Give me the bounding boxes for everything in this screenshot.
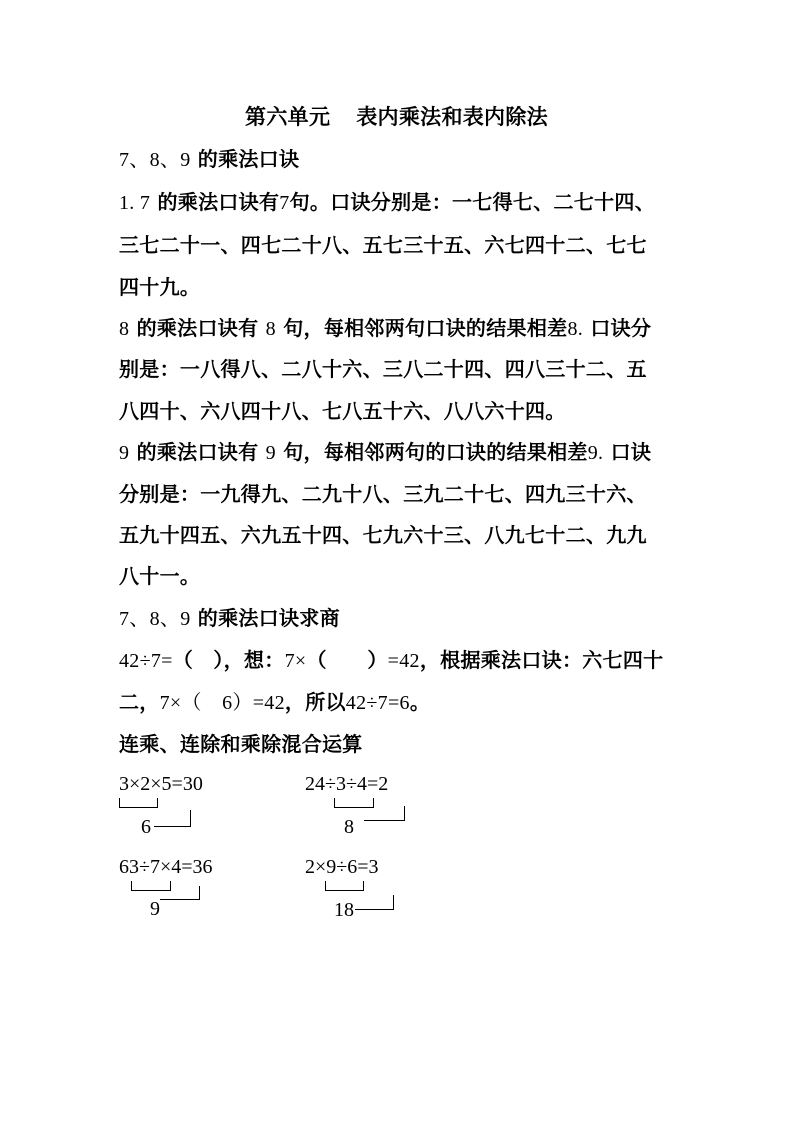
document-page: 第六单元表内乘法和表内除法 7、8、9 的乘法口诀 1. 7 的乘法口诀有7句。… (0, 0, 793, 1122)
list-number: 1. 7 (119, 192, 150, 214)
text: 。 (410, 690, 430, 714)
text: 的乘法口诀有 (137, 316, 259, 340)
heading-text: 的乘法口诀 (198, 147, 300, 171)
equation: 7× (160, 692, 182, 714)
intermediate-result: 9 (150, 898, 160, 920)
paragraph-9-line-2: 分别是：一九得九、二九十八、三九二十七、四九三十六、 (119, 481, 647, 507)
text: 句。口诀分别是：一七得七、二七十四、 (290, 190, 655, 214)
page-title: 第六单元表内乘法和表内除法 (0, 104, 793, 130)
bracket-line (154, 826, 190, 827)
text: （ ），想： (173, 648, 285, 672)
paragraph-7-line-2: 三七二十一、四七二十八、五七三十五、六七四十二、七七 (119, 232, 647, 258)
text: 口诀分 (590, 316, 651, 340)
bracket-line (160, 899, 200, 900)
bracket-line (393, 895, 394, 910)
paragraph-8-line-3: 八四十、六八四十八、七八五十六、八八六十四。 (119, 398, 566, 424)
intermediate-result: 6 (141, 816, 151, 838)
number: 9. (588, 442, 604, 464)
heading-numbers: 7、8、9 (119, 149, 191, 171)
text: 句，每相邻两句口诀的结果相差 (283, 316, 567, 340)
answer: （ 6） (182, 692, 253, 714)
number: 8 (266, 318, 276, 340)
bracket-line (190, 810, 191, 827)
bracket-line (355, 909, 394, 910)
number: 8 (119, 318, 129, 340)
text: 的乘法口诀有 (137, 440, 259, 464)
heading-numbers: 7、8、9 (119, 608, 191, 630)
heading-text: 的乘法口诀求商 (198, 606, 340, 630)
bracket-line (404, 806, 405, 821)
blank: （ ） (306, 648, 387, 672)
bracket-line (325, 890, 364, 891)
text: 的乘法口诀有 (157, 190, 279, 214)
text: 口诀 (611, 440, 652, 464)
number: 9 (119, 442, 129, 464)
paragraph-8-line-1: 8 的乘法口诀有 8 句，每相邻两句口诀的结果相差8. 口诀分 (119, 315, 651, 342)
equation: =42 (388, 650, 420, 672)
paragraph-8-line-2: 别是：一八得八、二八十六、三八二十四、四八三十二、五 (119, 356, 647, 382)
text: ，根据乘法口诀：六七四十 (420, 648, 664, 672)
expression: 3×2×5=30 (119, 773, 203, 795)
equation: 42÷7= (119, 650, 173, 672)
paragraph-7-line-3: 四十九。 (119, 274, 200, 300)
unit-topic: 表内乘法和表内除法 (356, 105, 548, 129)
expression: 63÷7×4=36 (119, 856, 213, 878)
text: 句，每相邻两句的口诀的结果相差 (283, 440, 588, 464)
expression: 2×9÷6=3 (305, 856, 379, 878)
unit-label: 第六单元 (245, 105, 330, 129)
number: 7 (279, 192, 289, 214)
paragraph-9-line-3: 五九十四五、六九五十四、七九六十三、八九七十二、九九 (119, 522, 647, 548)
text: ，所以 (285, 690, 346, 714)
bracket-line (199, 886, 200, 900)
number: 9 (266, 442, 276, 464)
bracket-line (119, 807, 158, 808)
number: 8. (567, 318, 583, 340)
equation: =42 (253, 692, 285, 714)
bracket-line (334, 807, 374, 808)
section-heading-quotient: 7、8、9 的乘法口诀求商 (119, 605, 340, 632)
equation: 7× (285, 650, 307, 672)
text: 二， (119, 690, 160, 714)
intermediate-result: 18 (334, 899, 354, 921)
section-heading-mixed-operations: 连乘、连除和乘除混合运算 (119, 731, 363, 757)
paragraph-7-line-1: 1. 7 的乘法口诀有7句。口诀分别是：一七得七、二七十四、 (119, 189, 655, 216)
paragraph-9-line-1: 9 的乘法口诀有 9 句，每相邻两句的口诀的结果相差9. 口诀 (119, 439, 651, 466)
paragraph-9-line-4: 八十一。 (119, 563, 200, 589)
bracket-line (131, 890, 171, 891)
intermediate-result: 8 (344, 816, 354, 838)
bracket-line (364, 820, 404, 821)
section-heading-multiplication-rhymes: 7、8、9 的乘法口诀 (119, 146, 299, 173)
quotient-example-line-1: 42÷7=（ ），想：7×（ ）=42，根据乘法口诀：六七四十 (119, 647, 663, 674)
expression: 24÷3÷4=2 (305, 773, 388, 795)
quotient-example-line-2: 二，7×（ 6）=42，所以42÷7=6。 (119, 689, 430, 716)
equation: 42÷7=6 (346, 692, 410, 714)
